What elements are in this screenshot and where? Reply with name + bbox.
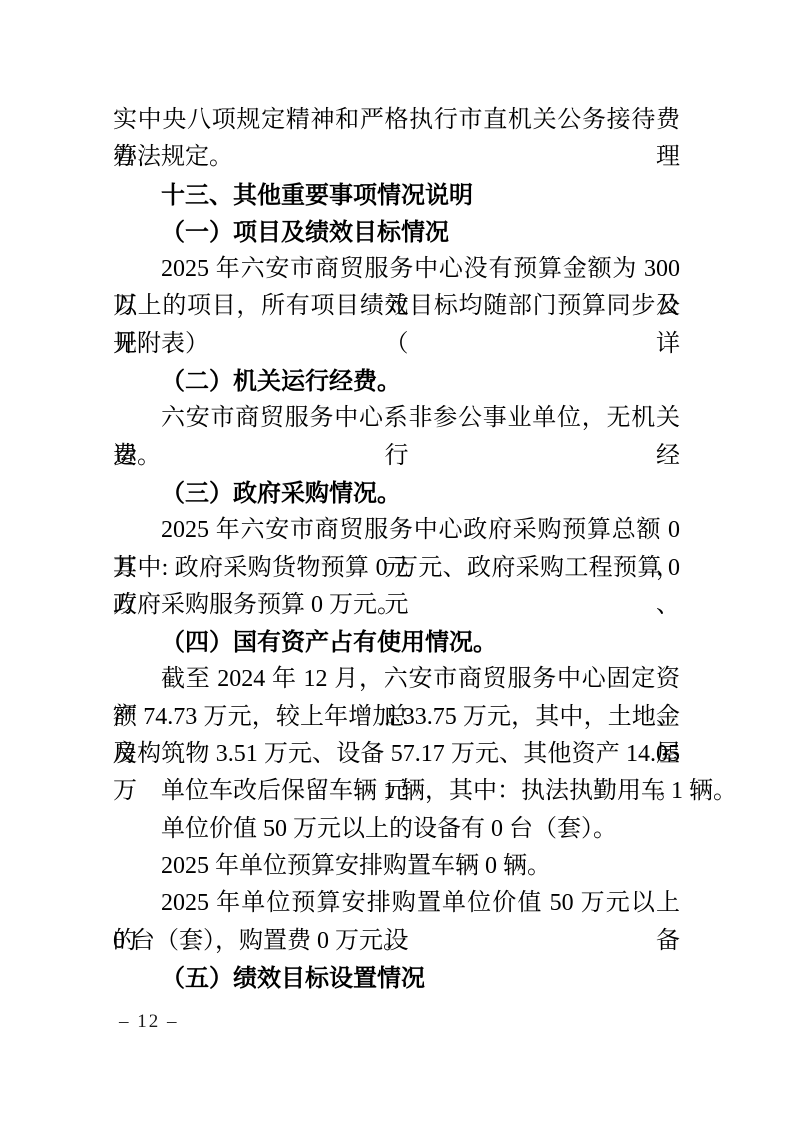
body-line: 六安市商贸服务中心系非参公事业单位，无机关运行经 xyxy=(113,400,680,437)
heading-13-2: （二）机关运行经费。 xyxy=(113,363,680,400)
body-line: 实中央八项规定精神和严格执行市直机关公务接待费管理 xyxy=(113,102,680,139)
body-line: 其中: 政府采购货物预算 0 万元、政府采购工程预算 0 万元、 xyxy=(113,550,680,587)
body-line: 2025 年单位预算安排购置单位价值 50 万元以上的设备 xyxy=(113,885,680,922)
heading-13-5: （五）绩效目标设置情况 xyxy=(113,960,680,997)
heading-13-4: （四）国有资产占有使用情况。 xyxy=(113,624,680,661)
document-page: 实中央八项规定精神和严格执行市直机关公务接待费管理 办法规定。 十三、其他重要事… xyxy=(0,0,793,1122)
heading-section-13: 十三、其他重要事项情况说明 xyxy=(113,177,680,214)
body-line: 2025 年六安市商贸服务中心没有预算金额为 300 万元及 xyxy=(113,251,680,288)
body-line: 2025 年单位预算安排购置车辆 0 辆。 xyxy=(113,848,680,885)
heading-13-3: （三）政府采购情况。 xyxy=(113,475,680,512)
heading-13-1: （一）项目及绩效目标情况 xyxy=(113,214,680,251)
body-line: 2025 年六安市商贸服务中心政府采购预算总额 0 万元， xyxy=(113,512,680,549)
body-line: 单位车改后保留车辆 1 辆，其中：执法执勤用车 1 辆。 xyxy=(113,773,680,810)
body-line: 及构筑物 3.51 万元、设备 57.17 万元、其他资产 14.05 万元。 xyxy=(113,736,680,773)
body-line: 以上的项目，所有项目绩效目标均随部门预算同步公开（详 xyxy=(113,288,680,325)
body-line: 额 74.73 万元，较上年增加 33.75 万元，其中，土地、房屋 xyxy=(113,699,680,736)
body-line: 单位价值 50 万元以上的设备有 0 台（套）。 xyxy=(113,811,680,848)
page-number: – 12 – xyxy=(119,1010,179,1034)
document-body: 实中央八项规定精神和严格执行市直机关公务接待费管理 办法规定。 十三、其他重要事… xyxy=(113,102,680,997)
body-line: 截至 2024 年 12 月，六安市商贸服务中心固定资产总金 xyxy=(113,661,680,698)
